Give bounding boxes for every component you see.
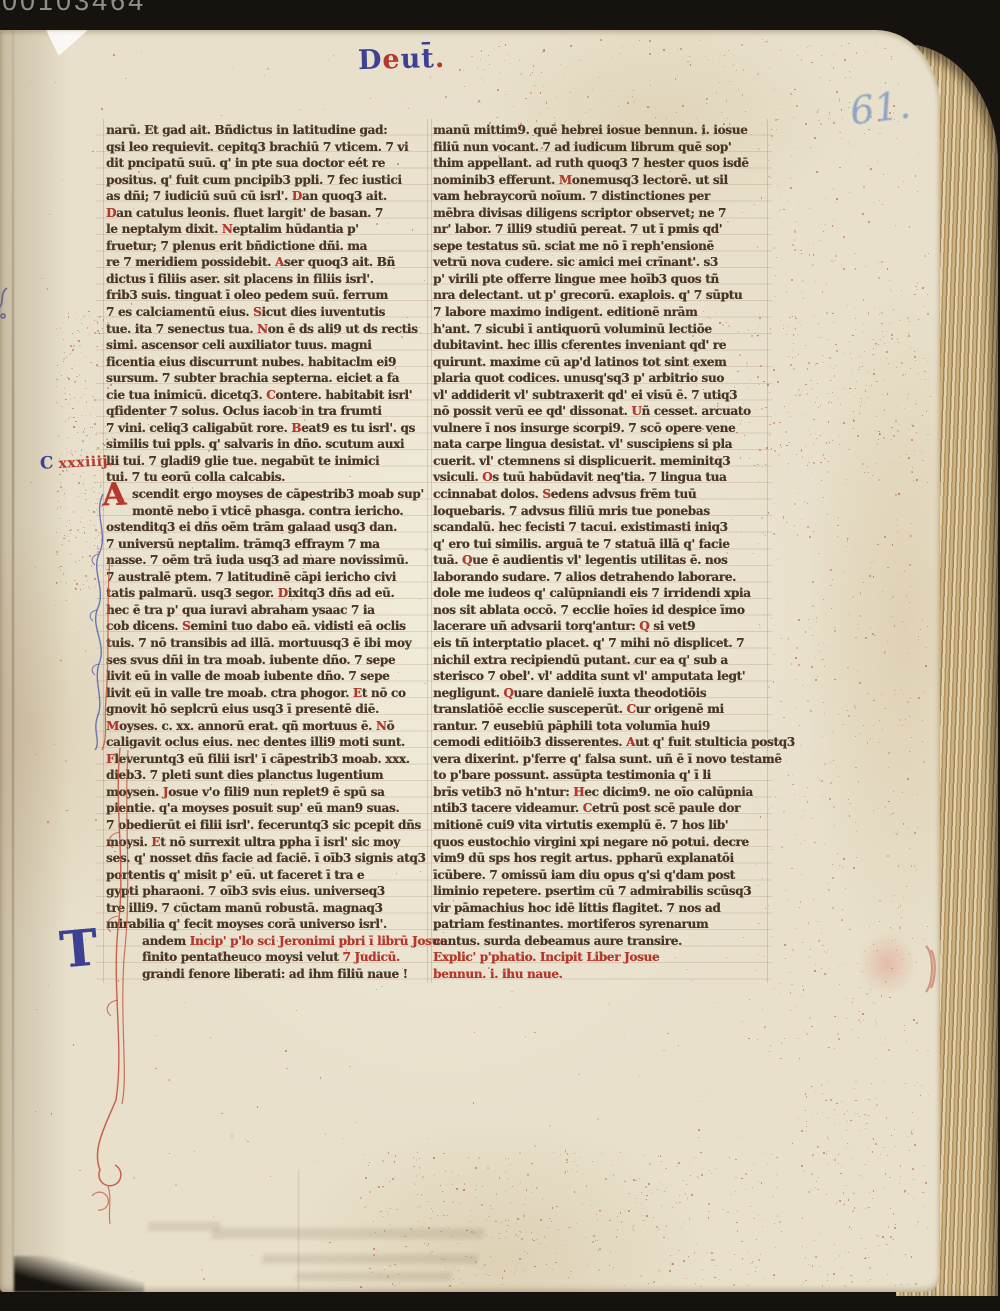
manuscript-line: lacerare uñ advsarii torq'antur: Q si ve…: [433, 618, 767, 635]
manuscript-line: mirabilia q' fecit moyses corā universo …: [106, 916, 428, 933]
manuscript-line: finito pentatheuco moysi velut 7 Judicū.: [106, 949, 428, 966]
gutter-shadow: [0, 30, 70, 1292]
manuscript-line: q' ero tui similis. arguā te 7 statuā il…: [433, 536, 767, 553]
manuscript-line: nichil extra recipiendū putant. cur ea q…: [433, 652, 767, 669]
manuscript-line: īcūbere. 7 omissū iam diu opus q'si q'da…: [433, 867, 767, 884]
vertical-ruling: [431, 119, 432, 983]
manuscript-line: vsiculi. Os tuū habūdavit neq'tia. 7 lin…: [433, 469, 767, 486]
manuscript-line: vera dixerint. p'ferre q' falsa sunt. uñ…: [433, 751, 767, 768]
manuscript-line: fruetur; 7 plenus erit bñdictione dñi. m…: [106, 238, 428, 255]
camera-shelfmark-label: 00103464: [2, 0, 146, 17]
manuscript-line: livit eū in valle de moab iubente dño. 7…: [106, 668, 428, 685]
manuscript-line: ficentia eius discurrunt nubes. habitacl…: [106, 354, 428, 371]
manuscript-line: patriam festinantes. mortiferos syrenaru…: [433, 916, 767, 933]
manuscript-line: nra delectant. ut p' grecorū. exaplois. …: [433, 287, 767, 304]
manuscript-line: nr' labor. 7 illi9 studiū pereat. 7 ut ī…: [433, 221, 767, 238]
manuscript-line: manū mittim9. quē hebrei iosue bennun. i…: [433, 122, 767, 139]
manuscript-line: vulnere ī nos insurge scorpi9. 7 scō ope…: [433, 420, 767, 437]
manuscript-line: cantus. surda debeamus aure transire.: [433, 933, 767, 950]
manuscript-line: montē nebo ī vticē phasga. contra ierich…: [106, 503, 428, 520]
manuscript-line: h'ant. 7 sicubi ī antiquorū voluminū lec…: [433, 321, 767, 338]
manuscript-line: moysi. Et nō surrexit ultra ppha ī isrl'…: [106, 834, 428, 851]
manuscript-line: ses svus dñi in tra moab. iubente dño. 7…: [106, 652, 428, 669]
manuscript-line: scendit ergo moyses de cāpestrib3 moab s…: [106, 486, 428, 503]
manuscript-line: nasse. 7 oēm trā iuda usq3 ad mare novis…: [106, 552, 428, 569]
parchment-leaf: Deut̄. 61. narū. Et gad ait. Bñdictus in…: [0, 30, 940, 1292]
manuscript-line: vam hebraycorū noīum. 7 distinctiones pe…: [433, 188, 767, 205]
manuscript-line: nos sit ablata occō. 7 ecclie hoīes id d…: [433, 602, 767, 619]
manuscript-line: re 7 meridiem possidebit. Aser quoq3 ait…: [106, 254, 428, 271]
manuscript-line: cie tua inimicū. dicetq3. Contere. habit…: [106, 387, 428, 404]
text-column-right: manū mittim9. quē hebrei iosue bennun. i…: [433, 122, 767, 982]
manuscript-line: sursum. 7 subter brachia septerna. eicie…: [106, 370, 428, 387]
manuscript-line: eis tñ interptatio placet. q' 7 mihi nō …: [433, 635, 767, 652]
manuscript-line: andem Incip' p'lo sci Jeronimi pbri ī li…: [106, 933, 428, 950]
manuscript-line: similis tui ppls. q' salvaris in dño. sc…: [106, 436, 428, 453]
pink-ink-smudge: [858, 932, 916, 996]
manuscript-line: moysen. Josue v'o fili9 nun replet9 ē sp…: [106, 784, 428, 801]
prologue-initial-t: T: [58, 922, 99, 975]
manuscript-line: cemodi editiōib3 disserentes. Aut q' fui…: [433, 734, 767, 751]
manuscript-line: positus. q' fuit cum pncipib3 ppli. 7 fe…: [106, 172, 428, 189]
manuscript-line: gypti pharaoni. 7 oīb3 svis eius. univer…: [106, 883, 428, 900]
vertical-ruling: [103, 119, 104, 983]
manuscript-line: scandalū. hec fecisti 7 tacui. existimas…: [433, 519, 767, 536]
manuscript-line: liminio repetere. psertim cū 7 admirabil…: [433, 883, 767, 900]
header-letter: D: [358, 45, 383, 77]
show-through-ghost: [147, 1222, 221, 1231]
manuscript-line: nata carpe lingua desistat. vl' suscipie…: [433, 436, 767, 453]
rubricator-bracket-mark: [922, 944, 938, 994]
show-through-ghost: [261, 1254, 479, 1264]
manuscript-line: Fleveruntq3 eū filii isrl' ī cāpestrib3 …: [106, 751, 428, 768]
manuscript-line: dieb3. 7 pleti sunt dies planctus lugent…: [106, 767, 428, 784]
manuscript-line: 7 labore maximo indigent. editionē nrām: [433, 304, 767, 321]
manuscript-line: thim appellant. ad ruth quoq3 7 hester q…: [433, 155, 767, 172]
manuscript-line: quirunt. maxime cū ap'd latinos tot sint…: [433, 354, 767, 371]
header-letter: u: [400, 43, 421, 75]
manuscript-line: pientie. q'a moyses posuit sup' eū man9 …: [106, 800, 428, 817]
manuscript-line: as dñi; 7 iudiciū suū cū isrl'. Dan quoq…: [106, 188, 428, 205]
photographed-manuscript-page: { "shelfmark": { "text": "00103464" }, "…: [0, 0, 1000, 1311]
manuscript-line: portentis q' misit p' eū. ut faceret ī t…: [106, 867, 428, 884]
manuscript-line: hec ē tra p' qua iuravi abraham ysaac 7 …: [106, 602, 428, 619]
manuscript-line: quos eustochio virgini xpi negare nō pot…: [433, 834, 767, 851]
manuscript-line: nō possit verū ee qd' dissonat. Uñ cesse…: [433, 403, 767, 420]
manuscript-line: grandi fenore liberati: ad ihm filiū nau…: [106, 966, 428, 983]
manuscript-line: 7 universū neptalim. trāmq3 effraym 7 ma: [106, 536, 428, 553]
manuscript-line: vl' addiderit vl' subtraxerit qd' ei vis…: [433, 387, 767, 404]
manuscript-line: tue. ita 7 senectus tua. Non ē ds ali9 u…: [106, 321, 428, 338]
manuscript-line: dictus ī filiis aser. sit placens in fil…: [106, 271, 428, 288]
manuscript-line: translatiōē ecclie susceperūt. Cur orige…: [433, 701, 767, 718]
manuscript-line: mēbra divisas diligens scriptor observet…: [433, 205, 767, 222]
manuscript-line: Explic' p'phatio. Incipit Liber Josue: [433, 949, 767, 966]
manuscript-line: qsi leo requievit. cepitq3 brachiū 7 vti…: [106, 139, 428, 156]
show-through-ghost: [295, 1272, 453, 1281]
manuscript-line: to p'bare possunt. assūpta testimonia q'…: [433, 767, 767, 784]
header-letter: e: [382, 44, 401, 75]
manuscript-line: 7 obedierūt ei filii isrl'. feceruntq3 s…: [106, 817, 428, 834]
manuscript-line: ccinnabat dolos. Sedens advsus frēm tuū: [433, 486, 767, 503]
header-letter: .: [434, 43, 445, 74]
manuscript-line: laborando sudare. 7 alios detrahendo lab…: [433, 569, 767, 586]
manuscript-line: dole me iudeos q' calūpniandi eis 7 irri…: [433, 585, 767, 602]
vertical-ruling: [767, 119, 768, 983]
manuscript-line: loquebaris. 7 advsus filiū mris tue pone…: [433, 503, 767, 520]
folio-number: 61.: [848, 82, 913, 133]
manuscript-line: mitionē cui9 vita virtutis exemplū ē. 7 …: [433, 817, 767, 834]
binding-shadow-wedge: [14, 1256, 144, 1292]
manuscript-line: frib3 suis. tinguat ī oleo pedem suū. fe…: [106, 287, 428, 304]
manuscript-line: p' virili pte offerre lingue mee hoīb3 q…: [433, 271, 767, 288]
spine-crease: [12, 30, 14, 1292]
manuscript-line: tre illi9. 7 cūctam manū robustā. magnaq…: [106, 900, 428, 917]
manuscript-line: sterisco 7 obel'. vl' addita sunt vl' am…: [433, 668, 767, 685]
manuscript-line: livit eū in valle tre moab. ctra phogor.…: [106, 685, 428, 702]
manuscript-line: rantur. 7 eusebiū pāphili tota volumīa h…: [433, 718, 767, 735]
manuscript-line: negligunt. Quare danielē iuxta theodotiō…: [433, 685, 767, 702]
manuscript-line: 7 vini. celiq3 caligabūt rore. Beat9 es …: [106, 420, 428, 437]
manuscript-line: qfidenter 7 solus. Oclus iacob in tra fr…: [106, 403, 428, 420]
manuscript-line: 7 es calciamentū eius. Sicut dies iuvent…: [106, 304, 428, 321]
manuscript-line: plaria quot codices. unusq'sq3 p' arbitr…: [433, 370, 767, 387]
manuscript-line: simi. ascensor celi auxiliator tuus. mag…: [106, 337, 428, 354]
manuscript-line: ses. q' nosset dñs facie ad faciē. ī oīb…: [106, 850, 428, 867]
manuscript-line: Dan catulus leonis. fluet largit' de bas…: [106, 205, 428, 222]
manuscript-line: brīs vetib3 nō h'ntur: Hec dicim9. ne oī…: [433, 784, 767, 801]
manuscript-line: cuerit. vl' ctemnens si displicuerit. me…: [433, 453, 767, 470]
manuscript-line: tatis palmarū. usq3 segor. Dixitq3 dñs a…: [106, 585, 428, 602]
manuscript-line: cob dicens. Semini tuo dabo eā. vidisti …: [106, 618, 428, 635]
manuscript-line: dit pncipatū suū. q' in pte sua doctor e…: [106, 155, 428, 172]
manuscript-line: ostenditq3 ei dñs oēm trām galaad usq3 d…: [106, 519, 428, 536]
manuscript-line: dubitavint. hec illis cferentes invenian…: [433, 337, 767, 354]
text-column-left: narū. Et gad ait. Bñdictus in latitudine…: [106, 122, 428, 982]
manuscript-line: gnovit hō seplcrū eius usq3 ī presentē d…: [106, 701, 428, 718]
manuscript-line: vir pāmachius hoc idē littis flagitet. 7…: [433, 900, 767, 917]
manuscript-line: ntib3 tacere videamur. Cetrū post scē pa…: [433, 800, 767, 817]
manuscript-line: bennun. i. ihu naue.: [433, 966, 767, 983]
manuscript-line: 7 australē ptem. 7 latitudinē cāpi ieric…: [106, 569, 428, 586]
header-letter: t̄: [421, 43, 435, 74]
paraph-mark: C: [40, 453, 55, 474]
chapter-number-marginal: C xxxiiij.: [40, 450, 114, 474]
manuscript-line: vetrū nova cudere. sic amici mei crīnant…: [433, 254, 767, 271]
chapter-initial-a: A: [101, 480, 126, 512]
manuscript-line: vim9 dū sps hos regit artus. ppharū expl…: [433, 850, 767, 867]
manuscript-line: tui. 7 tu eorū colla calcabis.: [106, 469, 428, 486]
manuscript-line: tuā. Que ē audientis vl' legentis utilit…: [433, 552, 767, 569]
manuscript-line: le neptalym dixit. Neptalim hūdantia p': [106, 221, 428, 238]
show-through-ghost: [211, 1228, 485, 1239]
running-header-deut: Deut̄.: [358, 43, 446, 76]
manuscript-line: filiū nun vocant. 7 ad iudicum librum qu…: [433, 139, 767, 156]
manuscript-line: nominib3 efferunt. Monemusq3 lectorē. ut…: [433, 172, 767, 189]
manuscript-line: tuis. 7 nō transibis ad illā. mortuusq3 …: [106, 635, 428, 652]
manuscript-line: Moyses. c. xx. annorū erat. qñ mortuus ē…: [106, 718, 428, 735]
chapter-number: xxxiiij.: [58, 453, 114, 472]
manuscript-line: sepe testatus sū. sciat me nō ī reph'ens…: [433, 238, 767, 255]
manuscript-line: lii tui. 7 gladi9 glie tue. negabūt te i…: [106, 453, 428, 470]
manuscript-line: caligavit oclus eius. nec dentes illi9 m…: [106, 734, 428, 751]
manuscript-line: narū. Et gad ait. Bñdictus in latitudine…: [106, 122, 428, 139]
